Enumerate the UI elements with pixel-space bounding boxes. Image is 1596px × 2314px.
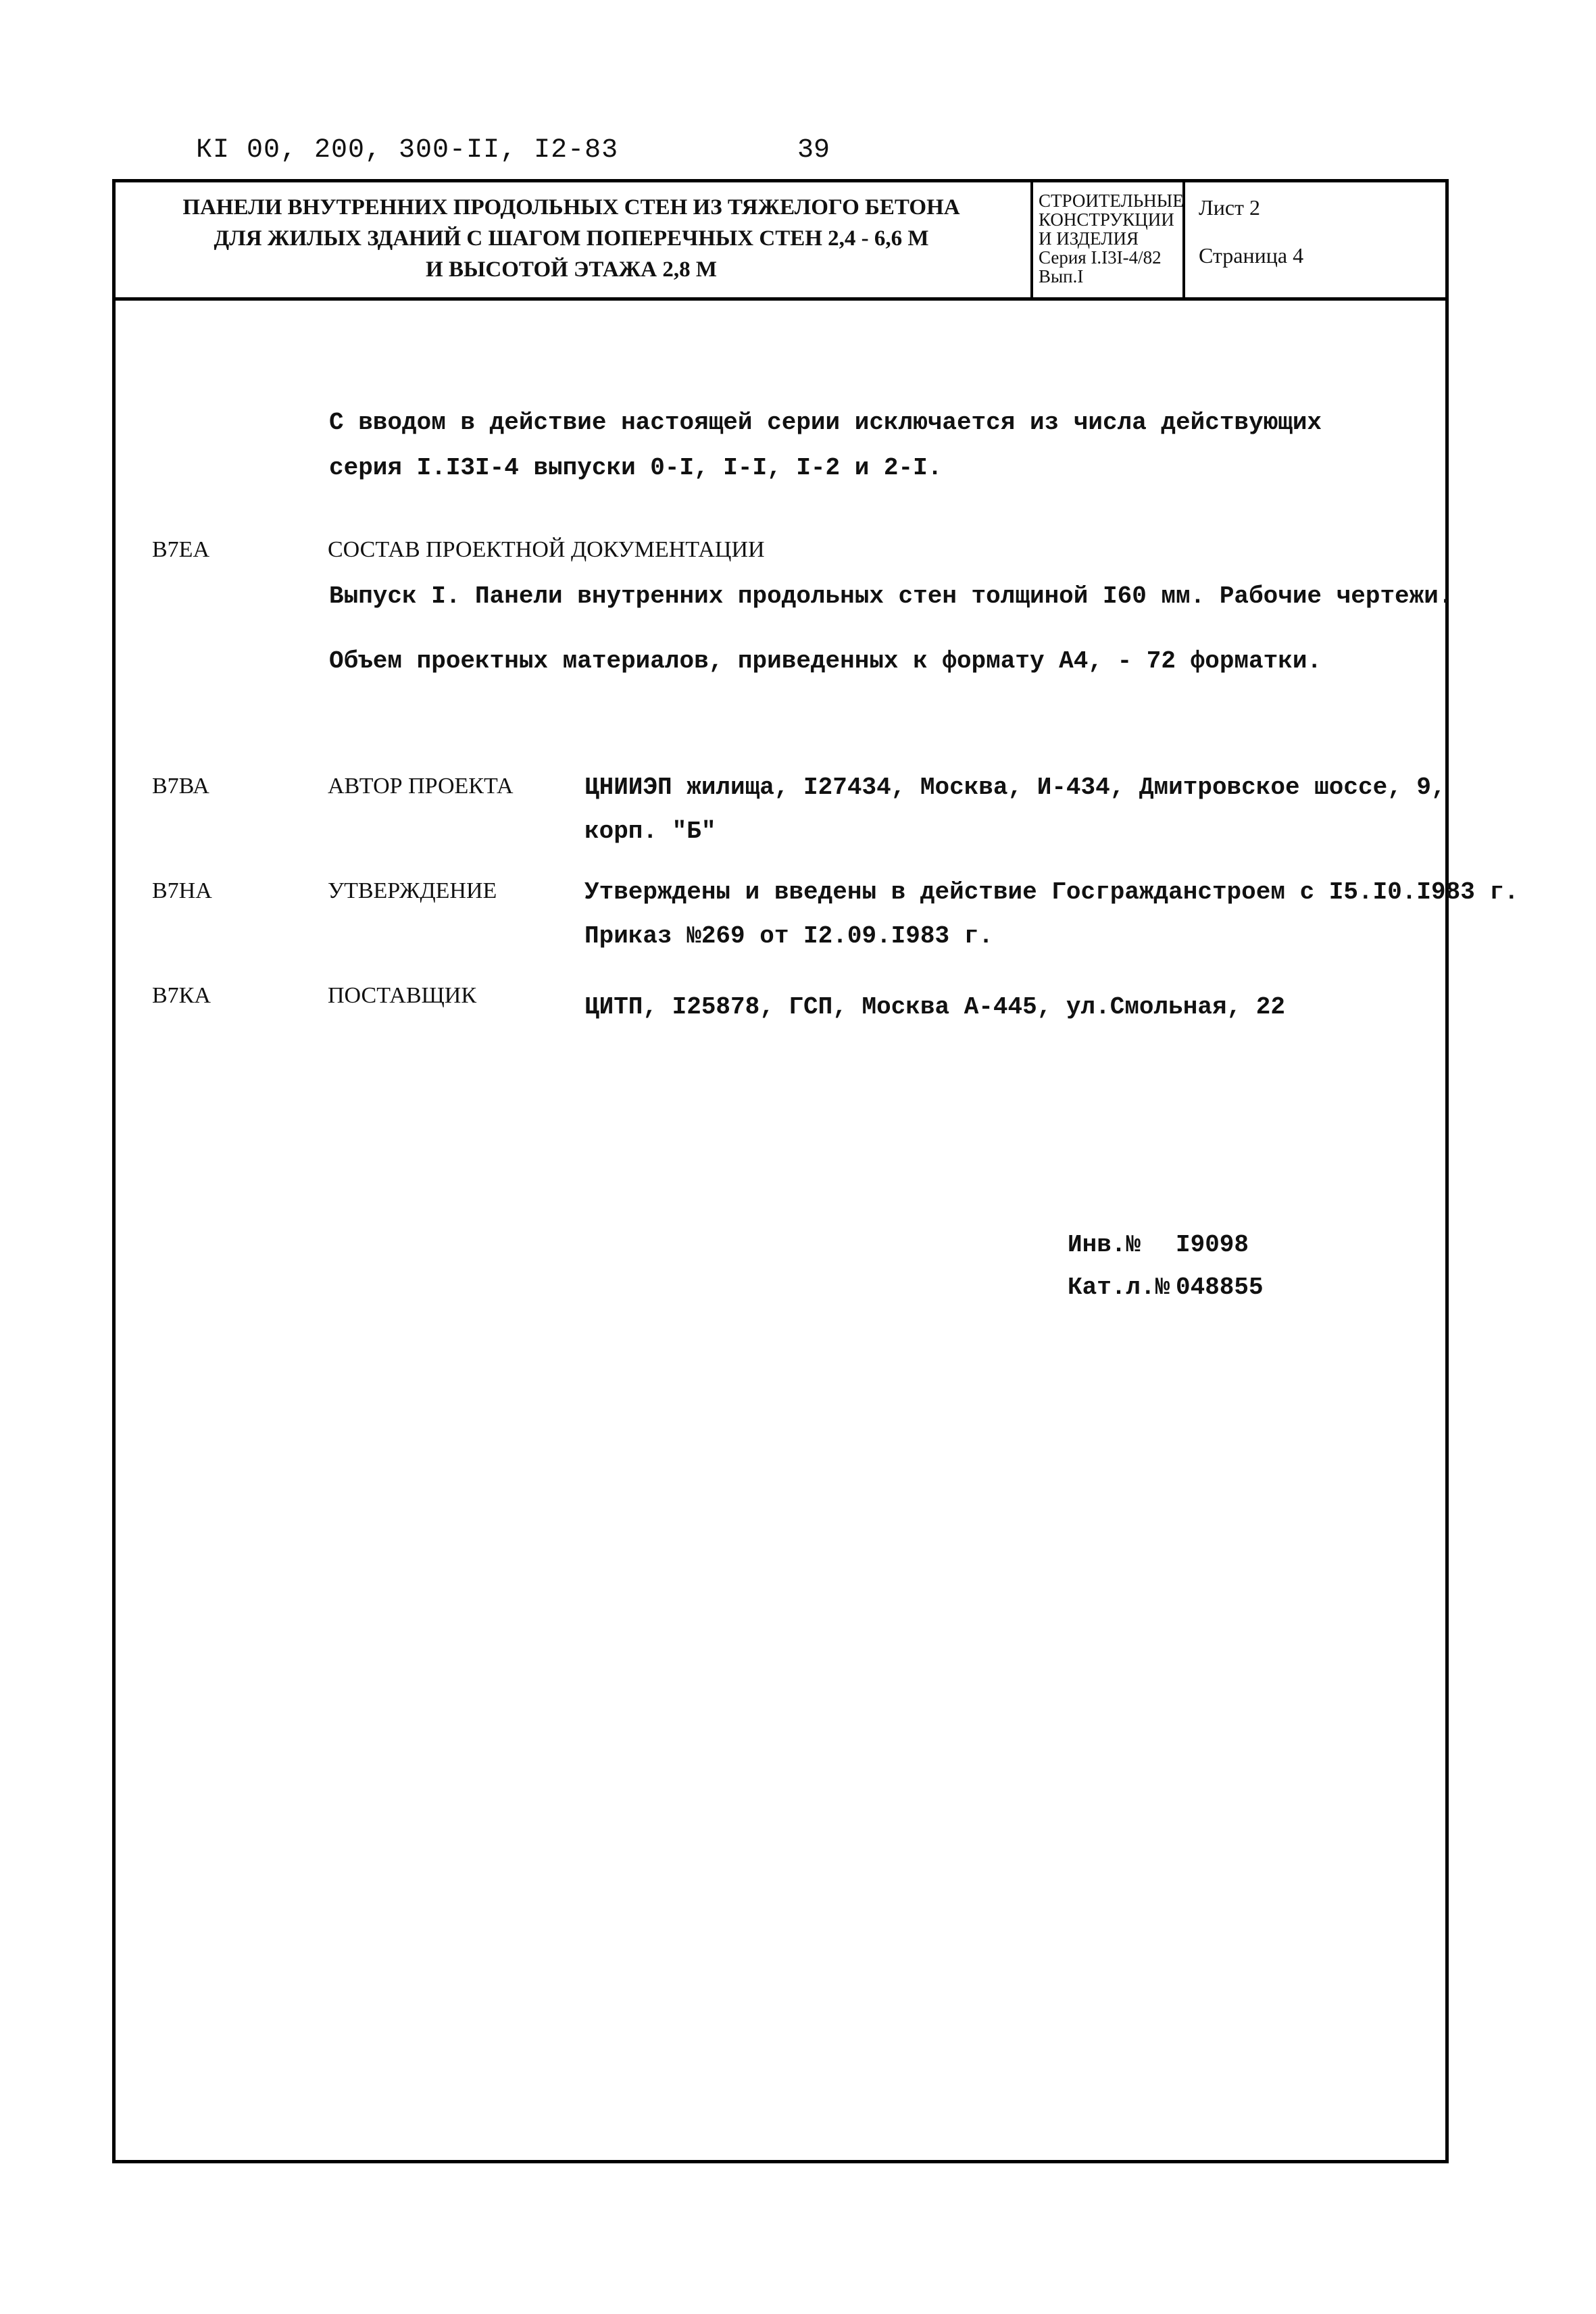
- inventory-number: I9098: [1176, 1231, 1249, 1259]
- document-code: КI 00, 200, 300-II, I2-83: [196, 135, 618, 166]
- sheet-cell: Лист 2 Страница 4: [1185, 179, 1449, 297]
- section-line: корп. "Б": [584, 818, 716, 845]
- sheet-number: Лист 2: [1199, 195, 1449, 220]
- section-line: Выпуск I. Панели внутренних продольных с…: [329, 582, 1453, 610]
- title-block: ПАНЕЛИ ВНУТРЕННИХ ПРОДОЛЬНЫХ СТЕН ИЗ ТЯЖ…: [112, 179, 1449, 301]
- section-label: СОСТАВ ПРОЕКТНОЙ ДОКУМЕНТАЦИИ: [328, 537, 765, 563]
- series-line: И ИЗДЕЛИЯ: [1039, 229, 1178, 248]
- title-line: ПАНЕЛИ ВНУТРЕННИХ ПРОДОЛЬНЫХ СТЕН ИЗ ТЯЖ…: [182, 192, 959, 223]
- intro-line-1: С вводом в действие настоящей серии искл…: [329, 409, 1322, 436]
- series-line: КОНСТРУКЦИИ: [1039, 210, 1178, 229]
- section-line: Утверждены и введены в действие Госгражд…: [584, 878, 1519, 906]
- intro-line-2: серия I.I3I-4 выпуски 0-I, I-I, I-2 и 2-…: [329, 454, 942, 482]
- page-label: Страница 4: [1199, 243, 1449, 268]
- section-label: УТВЕРЖДЕНИЕ: [328, 878, 497, 904]
- title-line: ДЛЯ ЖИЛЫХ ЗДАНИЙ С ШАГОМ ПОПЕРЕЧНЫХ СТЕН…: [214, 223, 928, 254]
- catalog-number: 048855: [1176, 1274, 1264, 1301]
- inventory-label: Инв.№: [1068, 1231, 1141, 1259]
- section-code: В7ЕА: [152, 537, 209, 563]
- section-label: ПОСТАВЩИК: [328, 983, 476, 1009]
- title-line: И ВЫСОТОЙ ЭТАЖА 2,8 М: [426, 254, 717, 285]
- section-code: В7КА: [152, 983, 211, 1009]
- section-line: ЦИТП, I25878, ГСП, Москва А-445, ул.Смол…: [584, 993, 1285, 1021]
- page-number: 39: [797, 135, 830, 166]
- section-code: В7НА: [152, 878, 212, 904]
- catalog-label: Кат.л.№: [1068, 1274, 1170, 1301]
- section-line: ЦНИИЭП жилища, I27434, Москва, И-434, Дм…: [584, 774, 1446, 801]
- section-label: АВТОР ПРОЕКТА: [328, 774, 514, 799]
- series-line: Серия I.I3I-4/82: [1039, 248, 1178, 267]
- series-line: Вып.I: [1039, 267, 1178, 286]
- series-cell: СТРОИТЕЛЬНЫЕ КОНСТРУКЦИИ И ИЗДЕЛИЯ Серия…: [1033, 179, 1185, 297]
- section-line: Приказ №269 от I2.09.I983 г.: [584, 922, 993, 950]
- document-title: ПАНЕЛИ ВНУТРЕННИХ ПРОДОЛЬНЫХ СТЕН ИЗ ТЯЖ…: [112, 179, 1033, 297]
- section-line: Объем проектных материалов, приведенных …: [329, 647, 1322, 675]
- series-line: СТРОИТЕЛЬНЫЕ: [1039, 191, 1178, 210]
- section-code: В7ВА: [152, 774, 209, 799]
